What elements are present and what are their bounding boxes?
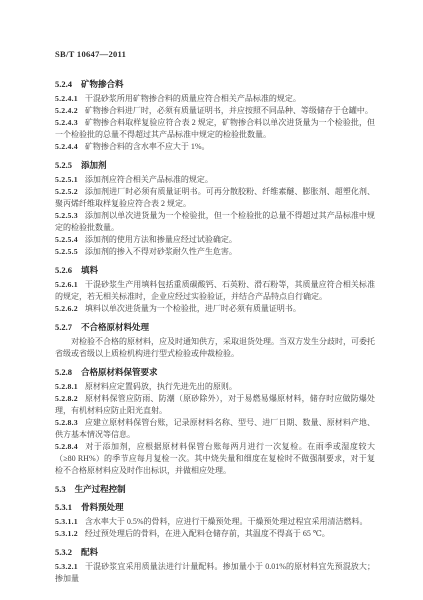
clause-number: 5.3.1.2 bbox=[55, 529, 78, 538]
heading-title: 骨料预处理 bbox=[81, 502, 124, 512]
heading-number: 5.3.1 bbox=[55, 502, 72, 512]
clause: 5.2.8.4对于添加剂，应根据原材料保管台账每两月进行一次复检。在雨季或湿度较… bbox=[55, 441, 375, 477]
clause-text: 干混砂浆宜采用质量法进行计量配料。掺加量小于 0.01%的原材料宜先预混放大；掺… bbox=[55, 562, 375, 583]
clause-text: 含水率大于 0.5%的骨料，应进行干燥预处理。干燥预处理过程宜采用清洁燃料。 bbox=[85, 517, 368, 526]
section-5-2-8: 5.2.8合格原材料保管要求 5.2.8.1原材料应定置码放，执行先进先出的原则… bbox=[55, 366, 375, 477]
clause-number: 5.2.5.2 bbox=[55, 187, 78, 196]
section-paragraph: 对检验不合格的原材料，应及时通知供方，采取退货处理。当双方发生分歧时，可委托省级… bbox=[55, 336, 375, 360]
clause: 5.2.8.1原材料应定置码放，执行先进先出的原则。 bbox=[55, 381, 375, 393]
clause: 5.2.5.2添加剂进厂时必须有质量证明书。可再分散胶粉、纤维素醚、膨胀剂、超塑… bbox=[55, 186, 375, 210]
clause-text: 矿物掺合料取样复验应符合表 2 规定，矿物掺合料以单次进货量为一个检验批，但一个… bbox=[55, 118, 375, 139]
standard-number-header: SB/T 10647—2011 bbox=[55, 48, 375, 60]
clause: 5.2.8.2原材料保管应防雨、防潮（原砂除外），对于易燃易爆原材料，储存时应做… bbox=[55, 393, 375, 417]
heading-number: 5.2.7 bbox=[55, 322, 72, 332]
section-heading: 5.3.1骨料预处理 bbox=[55, 501, 375, 513]
clause-number: 5.2.5.4 bbox=[55, 235, 78, 244]
clause-text: 原材料应定置码放，执行先进先出的原则。 bbox=[85, 382, 237, 391]
section-heading: 5.3.2配料 bbox=[55, 546, 375, 558]
section-heading: 5.2.8合格原材料保管要求 bbox=[55, 366, 375, 378]
clause-text: 添加剂进厂时必须有质量证明书。可再分散胶粉、纤维素醚、膨胀剂、超塑化剂、聚丙烯纤… bbox=[55, 187, 375, 208]
clause-text: 添加剂的掺入不得对砂浆耐久性产生危害。 bbox=[85, 247, 237, 256]
clause-text: 对于添加剂，应根据原材料保管台账每两月进行一次复检。在雨季或湿度较大（≥80 R… bbox=[55, 442, 375, 475]
heading-number: 5.3 bbox=[55, 484, 66, 494]
clause: 5.2.5.3添加剂以单次进货量为一个检验批，但一个检验批的总量不得超过其产品标… bbox=[55, 210, 375, 234]
clause: 5.2.4.3矿物掺合料取样复验应符合表 2 规定，矿物掺合料以单次进货量为一个… bbox=[55, 117, 375, 141]
heading-number: 5.2.6 bbox=[55, 265, 72, 275]
clause-text: 原材料保管应防雨、防潮（原砂除外），对于易燃易爆原材料，储存时应做防爆处理，有机… bbox=[55, 394, 375, 415]
clause: 5.3.1.1含水率大于 0.5%的骨料，应进行干燥预处理。干燥预处理过程宜采用… bbox=[55, 516, 375, 528]
heading-number: 5.3.2 bbox=[55, 547, 72, 557]
section-5-3-1: 5.3.1骨料预处理 5.3.1.1含水率大于 0.5%的骨料，应进行干燥预处理… bbox=[55, 501, 375, 540]
clause-text: 干混砂浆生产用填料包括重质碳酸钙、石英粉、滑石粉等，其质量应符合相关标准的规定，… bbox=[55, 280, 375, 301]
heading-title: 合格原材料保管要求 bbox=[81, 367, 158, 377]
heading-number: 5.2.4 bbox=[55, 79, 72, 89]
section-heading: 5.3生产过程控制 bbox=[55, 483, 375, 495]
clause-text: 添加剂以单次进货量为一个检验批，但一个检验批的总量不得超过其产品标准中规定的检验… bbox=[55, 211, 375, 232]
clause-number: 5.2.8.1 bbox=[55, 382, 78, 391]
section-heading: 5.2.7不合格原材料处理 bbox=[55, 321, 375, 333]
document-page: SB/T 10647—2011 5.2.4矿物掺合料 5.2.4.1干混砂浆所用… bbox=[0, 0, 423, 600]
section-heading: 5.2.6填料 bbox=[55, 264, 375, 276]
clause-number: 5.2.8.3 bbox=[55, 418, 78, 427]
heading-title: 配料 bbox=[81, 547, 98, 557]
clause-text: 填料以单次进货量为一个检验批，进厂时必须有质量证明书。 bbox=[85, 304, 301, 313]
section-5-2-5: 5.2.5添加剂 5.2.5.1添加剂应符合相关产品标准的规定。 5.2.5.2… bbox=[55, 159, 375, 258]
heading-number: 5.2.5 bbox=[55, 160, 72, 170]
clause-number: 5.2.8.4 bbox=[55, 442, 78, 451]
clause-number: 5.2.4.3 bbox=[55, 118, 78, 127]
section-5-2-7: 5.2.7不合格原材料处理 对检验不合格的原材料，应及时通知供方，采取退货处理。… bbox=[55, 321, 375, 360]
clause-text: 添加剂应符合相关产品标准的规定。 bbox=[85, 175, 213, 184]
clause-number: 5.2.5.5 bbox=[55, 247, 78, 256]
heading-title: 不合格原材料处理 bbox=[81, 322, 149, 332]
section-heading: 5.2.4矿物掺合料 bbox=[55, 78, 375, 90]
clause: 5.2.5.5添加剂的掺入不得对砂浆耐久性产生危害。 bbox=[55, 246, 375, 258]
clause-number: 5.3.1.1 bbox=[55, 517, 78, 526]
clause: 5.2.5.4添加剂的使用方法和掺量应经过试验确定。 bbox=[55, 234, 375, 246]
section-heading: 5.2.5添加剂 bbox=[55, 159, 375, 171]
clause-number: 5.2.4.2 bbox=[55, 106, 78, 115]
clause: 5.2.4.2矿物掺合料进厂时，必须有质量证明书，并应按照不同品种、等级储存于仓… bbox=[55, 105, 375, 117]
heading-title: 填料 bbox=[81, 265, 98, 275]
heading-title: 添加剂 bbox=[81, 160, 107, 170]
section-5-2-6: 5.2.6填料 5.2.6.1干混砂浆生产用填料包括重质碳酸钙、石英粉、滑石粉等… bbox=[55, 264, 375, 315]
clause-text: 矿物掺合料的含水率不应大于 1%。 bbox=[85, 142, 210, 151]
clause-number: 5.3.2.1 bbox=[55, 562, 78, 571]
clause: 5.2.4.1干混砂浆所用矿物掺合料的质量应符合相关产品标准的规定。 bbox=[55, 93, 375, 105]
clause-text: 干混砂浆所用矿物掺合料的质量应符合相关产品标准的规定。 bbox=[85, 94, 301, 103]
clause: 5.3.2.1干混砂浆宜采用质量法进行计量配料。掺加量小于 0.01%的原材料宜… bbox=[55, 561, 375, 585]
clause: 5.2.4.4矿物掺合料的含水率不应大于 1%。 bbox=[55, 141, 375, 153]
clause-text: 矿物掺合料进厂时，必须有质量证明书，并应按照不同品种、等级储存于仓罐中。 bbox=[85, 106, 373, 115]
clause: 5.2.5.1添加剂应符合相关产品标准的规定。 bbox=[55, 174, 375, 186]
section-5-3: 5.3生产过程控制 bbox=[55, 483, 375, 495]
clause-number: 5.2.4.1 bbox=[55, 94, 78, 103]
clause: 5.3.1.2经过预处理后的骨料，在进入配料仓储存前，其温度不得高于 65 ℃。 bbox=[55, 528, 375, 540]
clause-text: 经过预处理后的骨料，在进入配料仓储存前，其温度不得高于 65 ℃。 bbox=[85, 529, 330, 538]
section-5-2-4: 5.2.4矿物掺合料 5.2.4.1干混砂浆所用矿物掺合料的质量应符合相关产品标… bbox=[55, 78, 375, 153]
clause-number: 5.2.5.3 bbox=[55, 211, 78, 220]
clause: 5.2.8.3应建立原材料保管台账，记录原材料名称、型号、进厂日期、数量、原材料… bbox=[55, 417, 375, 441]
clause-number: 5.2.8.2 bbox=[55, 394, 78, 403]
clause-text: 添加剂的使用方法和掺量应经过试验确定。 bbox=[85, 235, 237, 244]
heading-title: 生产过程控制 bbox=[75, 484, 126, 494]
clause: 5.2.6.1干混砂浆生产用填料包括重质碳酸钙、石英粉、滑石粉等，其质量应符合相… bbox=[55, 279, 375, 303]
clause-text: 应建立原材料保管台账，记录原材料名称、型号、进厂日期、数量、原材料产地、供方基本… bbox=[55, 418, 375, 439]
clause-number: 5.2.5.1 bbox=[55, 175, 78, 184]
clause-number: 5.2.6.2 bbox=[55, 304, 78, 313]
heading-number: 5.2.8 bbox=[55, 367, 72, 377]
clause: 5.2.6.2填料以单次进货量为一个检验批，进厂时必须有质量证明书。 bbox=[55, 303, 375, 315]
clause-number: 5.2.4.4 bbox=[55, 142, 78, 151]
section-5-3-2: 5.3.2配料 5.3.2.1干混砂浆宜采用质量法进行计量配料。掺加量小于 0.… bbox=[55, 546, 375, 585]
heading-title: 矿物掺合料 bbox=[81, 79, 124, 89]
clause-number: 5.2.6.1 bbox=[55, 280, 78, 289]
